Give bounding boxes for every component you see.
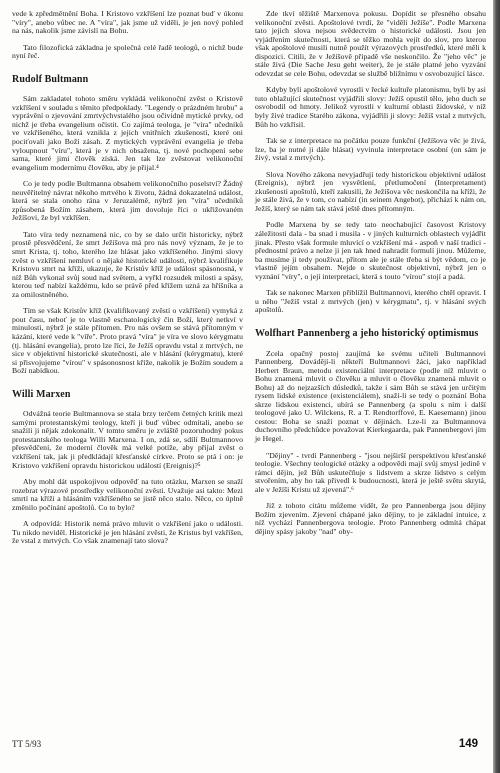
journal-issue: TT 5/93 bbox=[12, 739, 41, 749]
paragraph: Tato filozofická základna je společná ce… bbox=[12, 44, 243, 61]
paragraph: "Dějiny" - tvrdí Pannenberg - "jsou nejš… bbox=[255, 452, 486, 495]
paragraph: Kdyby byli apoštolové vyrostli v řecké k… bbox=[255, 86, 486, 129]
paragraph: Zcela opačný postoj zaujímá ke svému uči… bbox=[255, 350, 486, 444]
paragraph: Tím se však Kristův kříž (kvalifikovaný … bbox=[12, 307, 243, 375]
scanned-journal-page: vede k zpředmětnění Boha. I Kristovo vzk… bbox=[0, 0, 500, 773]
paragraph: Sám zakladatel tohoto směru vykládá veli… bbox=[12, 95, 243, 172]
paragraph: Co je tedy podle Bultmanna obsahem velik… bbox=[12, 180, 243, 223]
section-heading: Willi Marxen bbox=[12, 391, 243, 400]
paragraph: Slova Nového zákona nevyjadřují tedy his… bbox=[255, 171, 486, 214]
paragraph: Aby mohl dát uspokojivou odpověď na tuto… bbox=[12, 478, 243, 512]
column-right: Zde tkví těžiště Marxenova pokusu. Dopíd… bbox=[255, 10, 486, 734]
paragraph: vede k zpředmětnění Boha. I Kristovo vzk… bbox=[12, 10, 243, 36]
paragraph: Tato víra tedy neznamená nic, co by se d… bbox=[12, 231, 243, 299]
paragraph: Podle Marxena by se tedy tato neochabují… bbox=[255, 221, 486, 281]
page-footer: TT 5/93 149 bbox=[12, 738, 478, 750]
column-left: vede k zpředmětnění Boha. I Kristovo vzk… bbox=[12, 10, 243, 734]
paragraph: A odpovídá: Historik nemá právo mluvit o… bbox=[12, 520, 243, 546]
paragraph: Tak se z interpretace na počátku pouze f… bbox=[255, 137, 486, 163]
text-columns: vede k zpředmětnění Boha. I Kristovo vzk… bbox=[12, 10, 486, 734]
paragraph: Tak se nakonec Marxen přiblížil Bultmann… bbox=[255, 289, 486, 315]
section-heading: Wolfhart Pannenberg a jeho historický op… bbox=[255, 330, 486, 339]
scan-edge-artifact bbox=[493, 0, 500, 773]
paragraph: Již z tohoto citátu můžeme vidět, že pro… bbox=[255, 502, 486, 536]
page-number: 149 bbox=[459, 738, 478, 750]
section-heading: Rudolf Bultmann bbox=[12, 76, 243, 85]
paragraph: Zde tkví těžiště Marxenova pokusu. Dopíd… bbox=[255, 10, 486, 78]
paragraph: Odvážná teorie Bultmannova se stala brzy… bbox=[12, 410, 243, 470]
